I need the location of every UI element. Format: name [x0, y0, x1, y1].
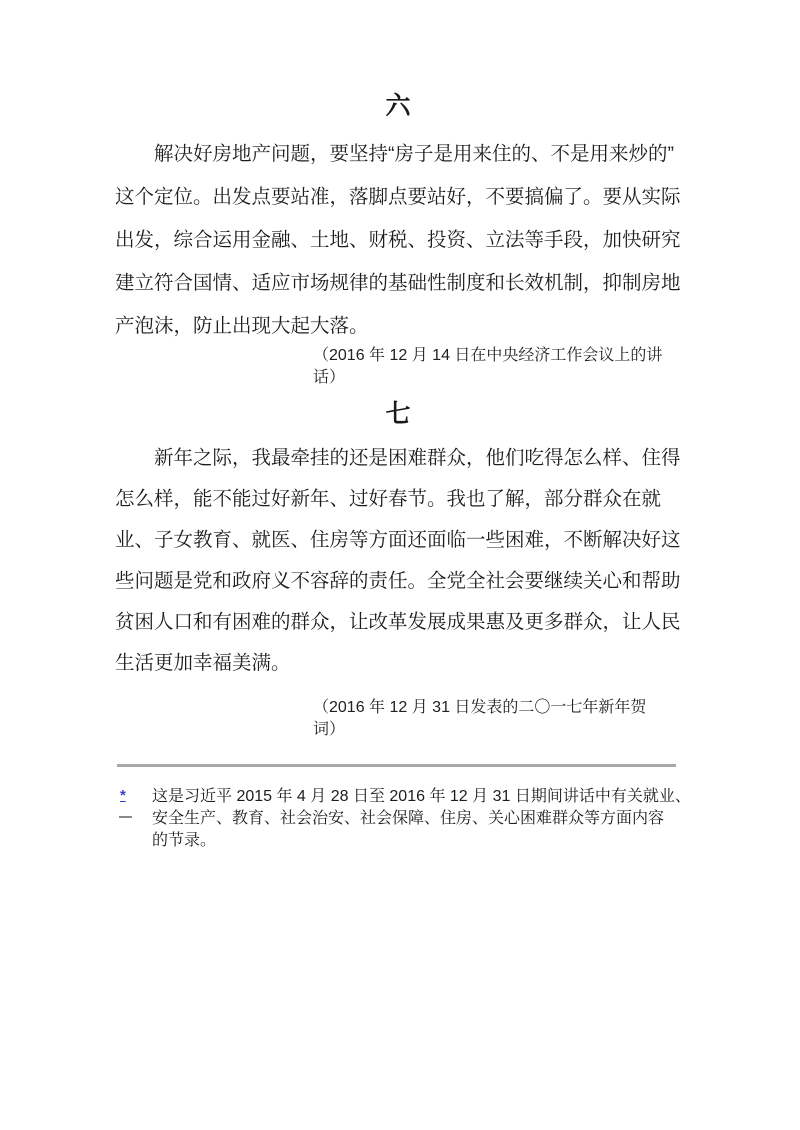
citation-line: （2016 年 12 月 31 日发表的二〇一七年新年贺 — [313, 697, 683, 719]
paragraph-line: 出发，综合运用金融、土地、财税、投资、立法等手段，加快研究 — [115, 219, 691, 262]
citation-line: （2016 年 12 月 14 日在中央经济工作会议上的讲 — [313, 345, 683, 367]
footnote: * 这是习近平 2015 年 4 月 28 日至 2016 年 12 月 31 … — [115, 786, 691, 852]
citation-line: 话） — [313, 367, 683, 389]
paragraph-new-year: 新年之际，我最牵挂的还是困难群众，他们吃得怎么样、住得 怎么样，能不能过好新年、… — [115, 438, 691, 684]
footnote-text: 这是习近平 2015 年 4 月 28 日至 2016 年 12 月 31 日期… — [152, 786, 691, 852]
paragraph-real-estate: 解决好房地产问题，要坚持“房子是用来住的、不是用来炒的” 这个定位。出发点要站准… — [115, 133, 691, 348]
footnote-asterisk-link[interactable]: * — [120, 787, 126, 804]
paragraph-line: 这个定位。出发点要站准，落脚点要站好，不要搞偏了。要从实际 — [115, 176, 691, 219]
document-page: 六 解决好房地产问题，要坚持“房子是用来住的、不是用来炒的” 这个定位。出发点要… — [0, 0, 800, 1130]
paragraph-line: 建立符合国情、适应市场规律的基础性制度和长效机制，抑制房地 — [115, 262, 691, 305]
paragraph-line: 产泡沫，防止出现大起大落。 — [115, 305, 691, 348]
paragraph-line: 贫困人口和有困难的群众，让改革发展成果惠及更多群众，让人民 — [115, 602, 691, 643]
footnote-line: 这是习近平 2015 年 4 月 28 日至 2016 年 12 月 31 日期… — [152, 786, 691, 808]
footnote-line: 的节录。 — [152, 830, 691, 852]
footnote-separator-line — [117, 764, 676, 767]
section-heading-seven: 七 — [115, 394, 681, 430]
citation-source-one: （2016 年 12 月 14 日在中央经济工作会议上的讲 话） — [313, 345, 683, 389]
paragraph-line: 新年之际，我最牵挂的还是困难群众，他们吃得怎么样、住得 — [115, 438, 691, 479]
citation-source-two: （2016 年 12 月 31 日发表的二〇一七年新年贺 词） — [313, 697, 683, 741]
paragraph-line: 怎么样，能不能过好新年、过好春节。我也了解，部分群众在就 — [115, 479, 691, 520]
paragraph-line: 解决好房地产问题，要坚持“房子是用来住的、不是用来炒的” — [115, 133, 691, 176]
footnote-line: 安全生产、教育、社会治安、社会保障、住房、关心困难群众等方面内容 — [152, 808, 691, 830]
paragraph-line: 些问题是党和政府义不容辞的责任。全党全社会要继续关心和帮助 — [115, 561, 691, 602]
citation-line: 词） — [313, 719, 683, 741]
section-heading-six: 六 — [115, 86, 681, 122]
footnote-marker-dash — [119, 816, 132, 818]
paragraph-line: 业、子女教育、就医、住房等方面还面临一些困难，不断解决好这 — [115, 520, 691, 561]
paragraph-line: 生活更加幸福美满。 — [115, 643, 691, 684]
